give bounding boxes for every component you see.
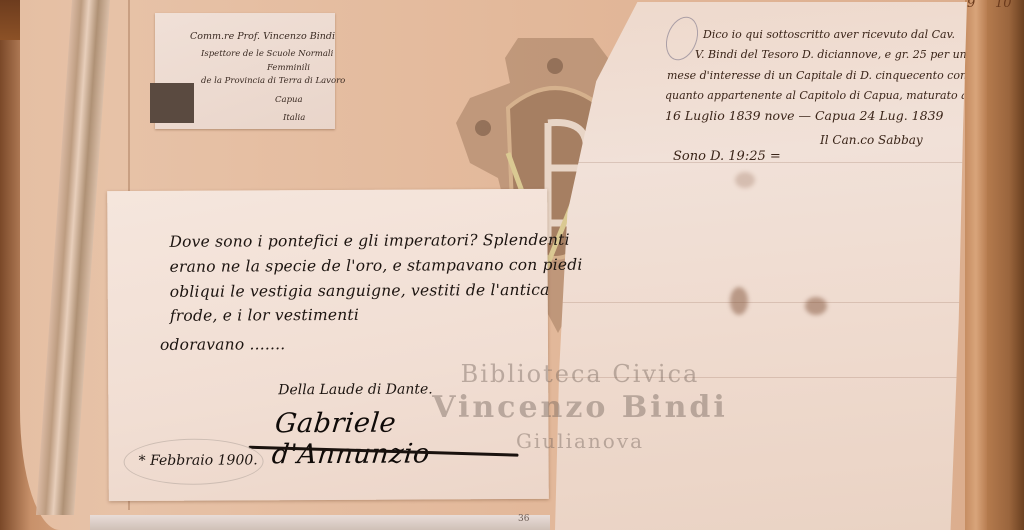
receipt-line: mese d'interesse di un Capitale di D. ci… [667,69,967,82]
page-bottom-edge [90,515,550,530]
envelope-addressee: Comm.re Prof. Vincenzo Bindi [190,31,335,42]
letter-date: * Febbraio 1900. [139,452,258,469]
dannunzio-autograph-card: Dove sono i pontefici e gli imperatori? … [107,189,549,501]
quote-line: erano ne la specie de l'oro, e stampavan… [170,256,583,276]
page-number-right: 10 [995,0,1012,11]
receipt-date-line: 16 Luglio 1839 nove — Capua 24 Lug. 1839 [665,108,943,123]
stain [735,172,755,188]
envelope-line: Femminili [267,63,310,73]
album-spine [36,0,110,515]
binding-strip: 9 [965,0,987,530]
postage-stamp [150,83,194,123]
envelope-country: Italia [283,113,305,123]
fold-line [555,377,967,378]
quote-line: frode, e i lor vestimenti [170,306,359,325]
receipt-1839: Dico io qui sottoscritto aver ricevuto d… [555,2,967,530]
receipt-line: Dico io qui sottoscritto aver ricevuto d… [703,28,955,41]
receipt-line: V. Bindi del Tesoro D. diciannove, e gr.… [695,48,967,61]
stain [805,297,827,315]
album-photo: 9 10 Comm.re Prof. Vincenzo Bindi Ispett… [0,0,1024,530]
quote-source: Della Laude di Dante. [278,381,433,398]
fold-line [555,302,967,303]
folio-number: 36 [518,514,529,524]
quote-line: odoravano ....... [160,335,285,354]
page-number-left: 9 [967,0,975,11]
receipt-signature: Il Can.co Sabbay [820,133,923,147]
binding-strip-outer: 10 [987,0,1024,530]
quote-line: obliqui le vestigia sanguigne, vestiti d… [170,281,550,301]
signature: Gabriele d'Annunzio [270,407,551,470]
envelope-city: Capua [275,95,303,105]
envelope-line: Ispettore de le Scuole Normali [201,49,333,59]
receipt-amount: Sono D. 19:25 = [673,149,781,164]
stain [730,287,748,315]
envelope-line: de la Provincia di Terra di Lavoro [201,76,345,86]
receipt-line: quanto appartenente al Capitolo di Capua… [665,89,968,102]
quote-line: Dove sono i pontefici e gli imperatori? … [169,231,569,251]
